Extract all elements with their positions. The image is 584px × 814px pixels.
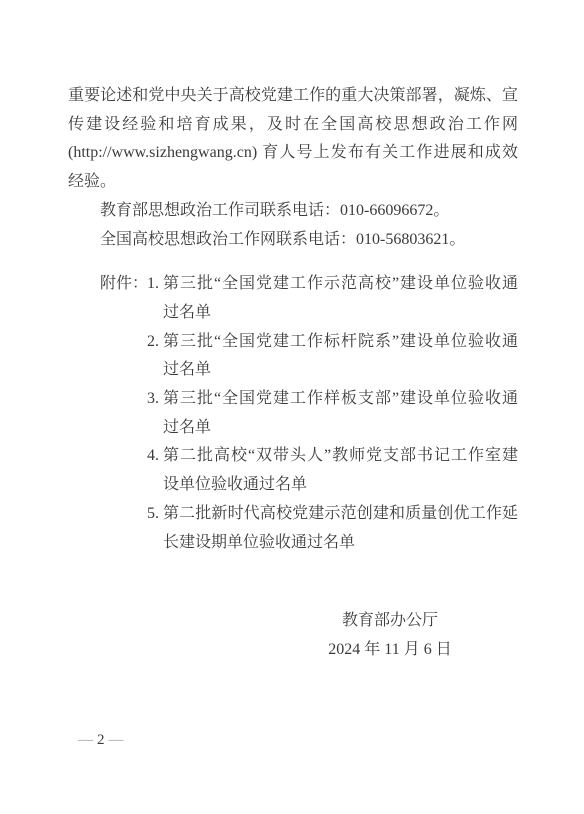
paragraph-line: 重要论述和党中央关于高校党建工作的重大决策部署，凝炼、宣 xyxy=(68,82,518,111)
signature-date: 2024 年 11 月 6 日 xyxy=(250,636,530,665)
attachment-item-line: 第三批“全国党建工作标杆院系”建设单位验收通 xyxy=(163,328,518,357)
contact-line-department: 教育部思想政治工作司联系电话：010-66096672。 xyxy=(68,197,518,226)
attachment-item-line: 第二批新时代高校党建示范创建和质量创优工作延 xyxy=(163,500,518,529)
attachment-item-line: 第二批高校“双带头人”教师党支部书记工作室建 xyxy=(163,442,518,471)
attachments-list: 附件： 1. 第三批“全国党建工作示范高校”建设单位验收通 过名单 2. 第三批… xyxy=(68,270,518,557)
attachment-item: 5. 第二批新时代高校党建示范创建和质量创优工作延 长建设期单位验收通过名单 xyxy=(68,500,518,557)
attachment-item-number: 5. xyxy=(147,500,159,529)
attachment-item-number: 2. xyxy=(147,328,159,357)
attachment-item-line: 过名单 xyxy=(163,356,518,385)
paragraph-line: (http://www.sizhengwang.cn) 育人号上发布有关工作进展… xyxy=(68,139,518,168)
attachment-item-line: 过名单 xyxy=(163,414,518,443)
attachment-item: 4. 第二批高校“双带头人”教师党支部书记工作室建 设单位验收通过名单 xyxy=(68,442,518,499)
attachment-item-line: 过名单 xyxy=(163,299,518,328)
body-paragraph: 重要论述和党中央关于高校党建工作的重大决策部署，凝炼、宣 传建设经验和培育成果，… xyxy=(68,82,518,197)
attachment-item-number: 4. xyxy=(147,442,159,471)
attachment-item-line: 第三批“全国党建工作样板支部”建设单位验收通 xyxy=(163,385,518,414)
signature-block: 教育部办公厅 2024 年 11 月 6 日 xyxy=(250,607,530,664)
document-page: 重要论述和党中央关于高校党建工作的重大决策部署，凝炼、宣 传建设经验和培育成果，… xyxy=(68,82,518,665)
page-number-footer: —2— xyxy=(74,732,128,749)
footer-right-dash: — xyxy=(105,732,128,748)
attachment-item-number: 1. xyxy=(147,270,159,299)
attachment-item-line: 设单位验收通过名单 xyxy=(163,471,518,500)
attachment-item: 2. 第三批“全国党建工作标杆院系”建设单位验收通 过名单 xyxy=(68,328,518,385)
contact-info: 教育部思想政治工作司联系电话：010-66096672。 全国高校思想政治工作网… xyxy=(68,197,518,254)
signature-issuer: 教育部办公厅 xyxy=(250,607,530,636)
paragraph-line: 传建设经验和培育成果，及时在全国高校思想政治工作网 xyxy=(68,111,518,140)
attachment-item: 3. 第三批“全国党建工作样板支部”建设单位验收通 过名单 xyxy=(68,385,518,442)
page-number: 2 xyxy=(97,732,105,748)
footer-left-dash: — xyxy=(74,732,97,748)
contact-line-network: 全国高校思想政治工作网联系电话：010-56803621。 xyxy=(68,226,518,255)
attachment-item-line: 长建设期单位验收通过名单 xyxy=(163,529,518,558)
paragraph-line: 经验。 xyxy=(68,168,518,197)
attachment-item-number: 3. xyxy=(147,385,159,414)
attachment-item-line: 第三批“全国党建工作示范高校”建设单位验收通 xyxy=(163,270,518,299)
attachment-item: 1. 第三批“全国党建工作示范高校”建设单位验收通 过名单 xyxy=(68,270,518,327)
